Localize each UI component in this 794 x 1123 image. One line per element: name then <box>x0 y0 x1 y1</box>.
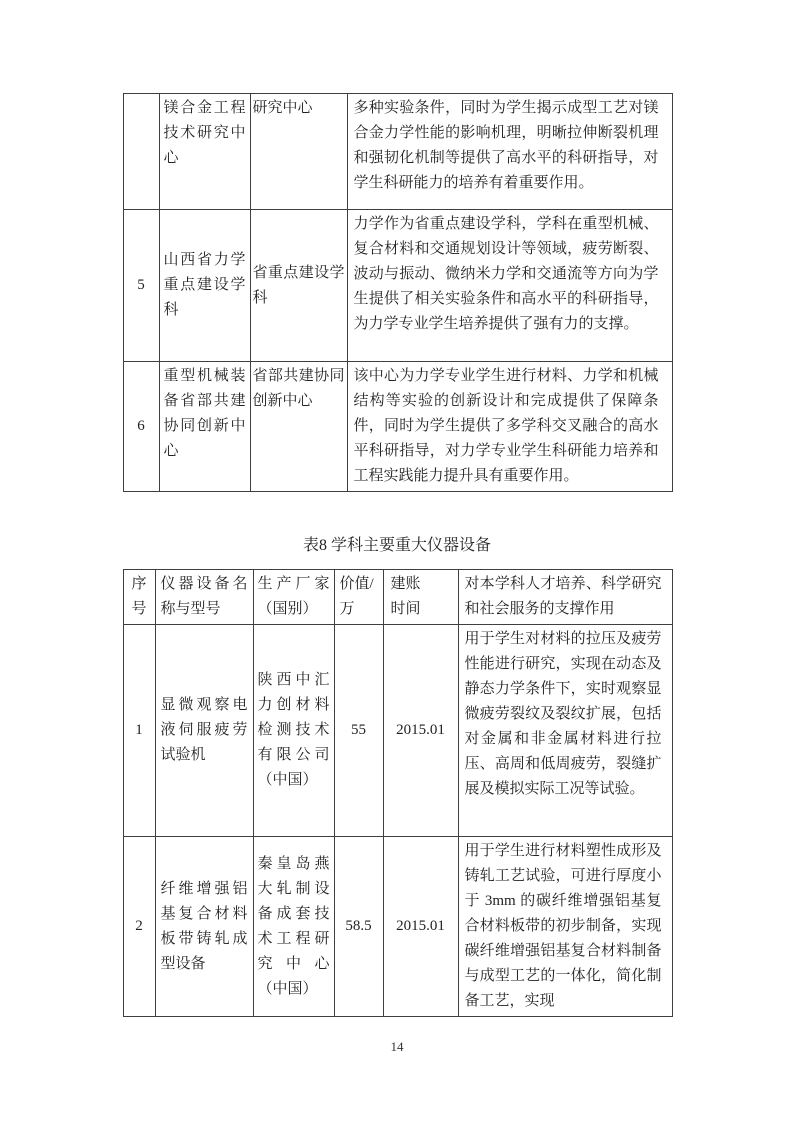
row-number-cell: 1 <box>123 625 155 837</box>
value-cell: 58.5 <box>334 837 383 1017</box>
row-number-cell: 6 <box>123 362 159 492</box>
platform-category-cell: 研究中心 <box>250 94 347 210</box>
equipment-table: 序号 仪器设备名称与型号 生产厂家（国别） 价值/万 建账时间 对本学科人才培养… <box>123 569 673 1017</box>
table-row: 1 显微观察电液伺服疲劳试验机 陕西中汇力创材料检测技术有限公司（中国） 55 … <box>123 625 672 837</box>
date-cell: 2015.01 <box>383 625 458 837</box>
table-row: 5 山西省力学重点建设学科 省重点建设学科 力学作为省重点建设学科，学科在重型机… <box>123 210 672 362</box>
manufacturer-cell: 陕西中汇力创材料检测技术有限公司（中国） <box>253 625 334 837</box>
platform-category-cell: 省部共建协同创新中心 <box>250 362 347 492</box>
header-date: 建账时间 <box>383 570 458 625</box>
equipment-name-cell: 显微观察电液伺服疲劳试验机 <box>155 625 253 837</box>
equipment-name-cell: 纤维增强铝基复合材料板带铸轧成型设备 <box>155 837 253 1017</box>
role-cell: 用于学生进行材料塑性成形及铸轧工艺试验，可进行厚度小于 3mm 的碳纤维增强铝基… <box>458 837 672 1017</box>
header-role: 对本学科人才培养、科学研究和社会服务的支撑作用 <box>458 570 672 625</box>
continued-table: 镁合金工程技术研究中心 研究中心 多种实验条件，同时为学生揭示成型工艺对镁合金力… <box>123 93 673 492</box>
table-header-row: 序号 仪器设备名称与型号 生产厂家（国别） 价值/万 建账时间 对本学科人才培养… <box>123 570 672 625</box>
page-number: 14 <box>123 1039 672 1055</box>
row-number-cell <box>123 94 159 210</box>
manufacturer-cell: 秦皇岛燕大轧制设备成套技术工程研究中心（中国） <box>253 837 334 1017</box>
header-date-label: 建账时间 <box>391 572 425 622</box>
header-manufacturer: 生产厂家（国别） <box>253 570 334 625</box>
header-value-label: 价值/万 <box>340 572 376 622</box>
platform-category-cell: 省重点建设学科 <box>250 210 347 362</box>
header-value: 价值/万 <box>334 570 383 625</box>
platform-description-cell: 该中心为力学专业学生进行材料、力学和机械结构等实验的创新设计和完成提供了保障条件… <box>347 362 672 492</box>
platform-description-cell: 多种实验条件，同时为学生揭示成型工艺对镁合金力学性能的影响机理，明晰拉伸断裂机理… <box>347 94 672 210</box>
header-name: 仪器设备名称与型号 <box>155 570 253 625</box>
role-cell: 用于学生对材料的拉压及疲劳性能进行研究，实现在动态及静态力学条件下，实时观察显微… <box>458 625 672 837</box>
row-number-cell: 2 <box>123 837 155 1017</box>
date-cell: 2015.01 <box>383 837 458 1017</box>
table8-title: 表8 学科主要重大仪器设备 <box>123 492 672 569</box>
document-page: 镁合金工程技术研究中心 研究中心 多种实验条件，同时为学生揭示成型工艺对镁合金力… <box>123 0 672 1055</box>
row-number-cell: 5 <box>123 210 159 362</box>
platform-description-cell: 力学作为省重点建设学科，学科在重型机械、复合材料和交通规划设计等领域，疲劳断裂、… <box>347 210 672 362</box>
header-no: 序号 <box>123 570 155 625</box>
platform-name-cell: 镁合金工程技术研究中心 <box>159 94 250 210</box>
table-row: 镁合金工程技术研究中心 研究中心 多种实验条件，同时为学生揭示成型工艺对镁合金力… <box>123 94 672 210</box>
platform-name-cell: 重型机械装备省部共建协同创新中心 <box>159 362 250 492</box>
value-cell: 55 <box>334 625 383 837</box>
platform-name-cell: 山西省力学重点建设学科 <box>159 210 250 362</box>
header-no-label: 序号 <box>131 572 147 622</box>
table-row: 6 重型机械装备省部共建协同创新中心 省部共建协同创新中心 该中心为力学专业学生… <box>123 362 672 492</box>
table-row: 2 纤维增强铝基复合材料板带铸轧成型设备 秦皇岛燕大轧制设备成套技术工程研究中心… <box>123 837 672 1017</box>
